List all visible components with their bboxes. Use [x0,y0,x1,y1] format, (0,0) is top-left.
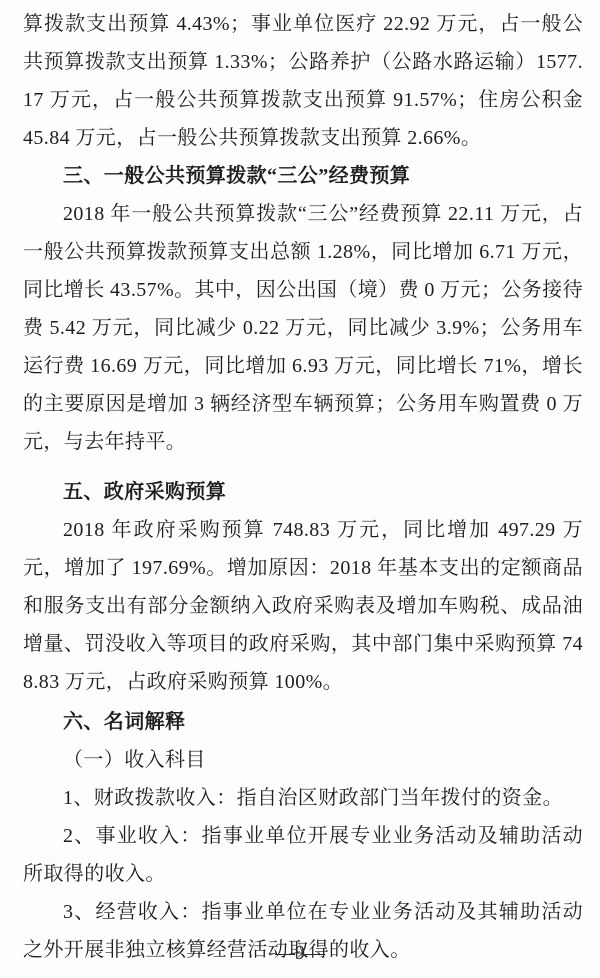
page-number: —9— [0,942,600,964]
glossary-term-institution-income: 2、事业收入：指事业单位开展专业业务活动及辅助活动所取得的收入。 [23,817,583,893]
section-heading-government-procurement: 五、政府采购预算 [23,473,583,511]
subheading-income-items: （一）收入科目 [23,741,583,779]
section-heading-three-public-funds: 三、一般公共预算拨款“三公”经费预算 [23,157,583,195]
section-heading-glossary: 六、名词解释 [23,703,583,741]
glossary-term-fiscal-appropriation-income: 1、财政拨款收入：指自治区财政部门当年拨付的资金。 [23,779,583,817]
document-page: 算拨款支出预算 4.43%；事业单位医疗 22.92 万元，占一般公共预算拨款支… [0,0,600,978]
paragraph-three-public-funds: 2018 年一般公共预算拨款“三公”经费预算 22.11 万元，占一般公共预算拨… [23,195,583,461]
paragraph-government-procurement: 2018 年政府采购预算 748.83 万元，同比增加 497.29 万元，增加… [23,511,583,701]
paragraph-budget-allocation-continuation: 算拨款支出预算 4.43%；事业单位医疗 22.92 万元，占一般公共预算拨款支… [23,5,583,157]
